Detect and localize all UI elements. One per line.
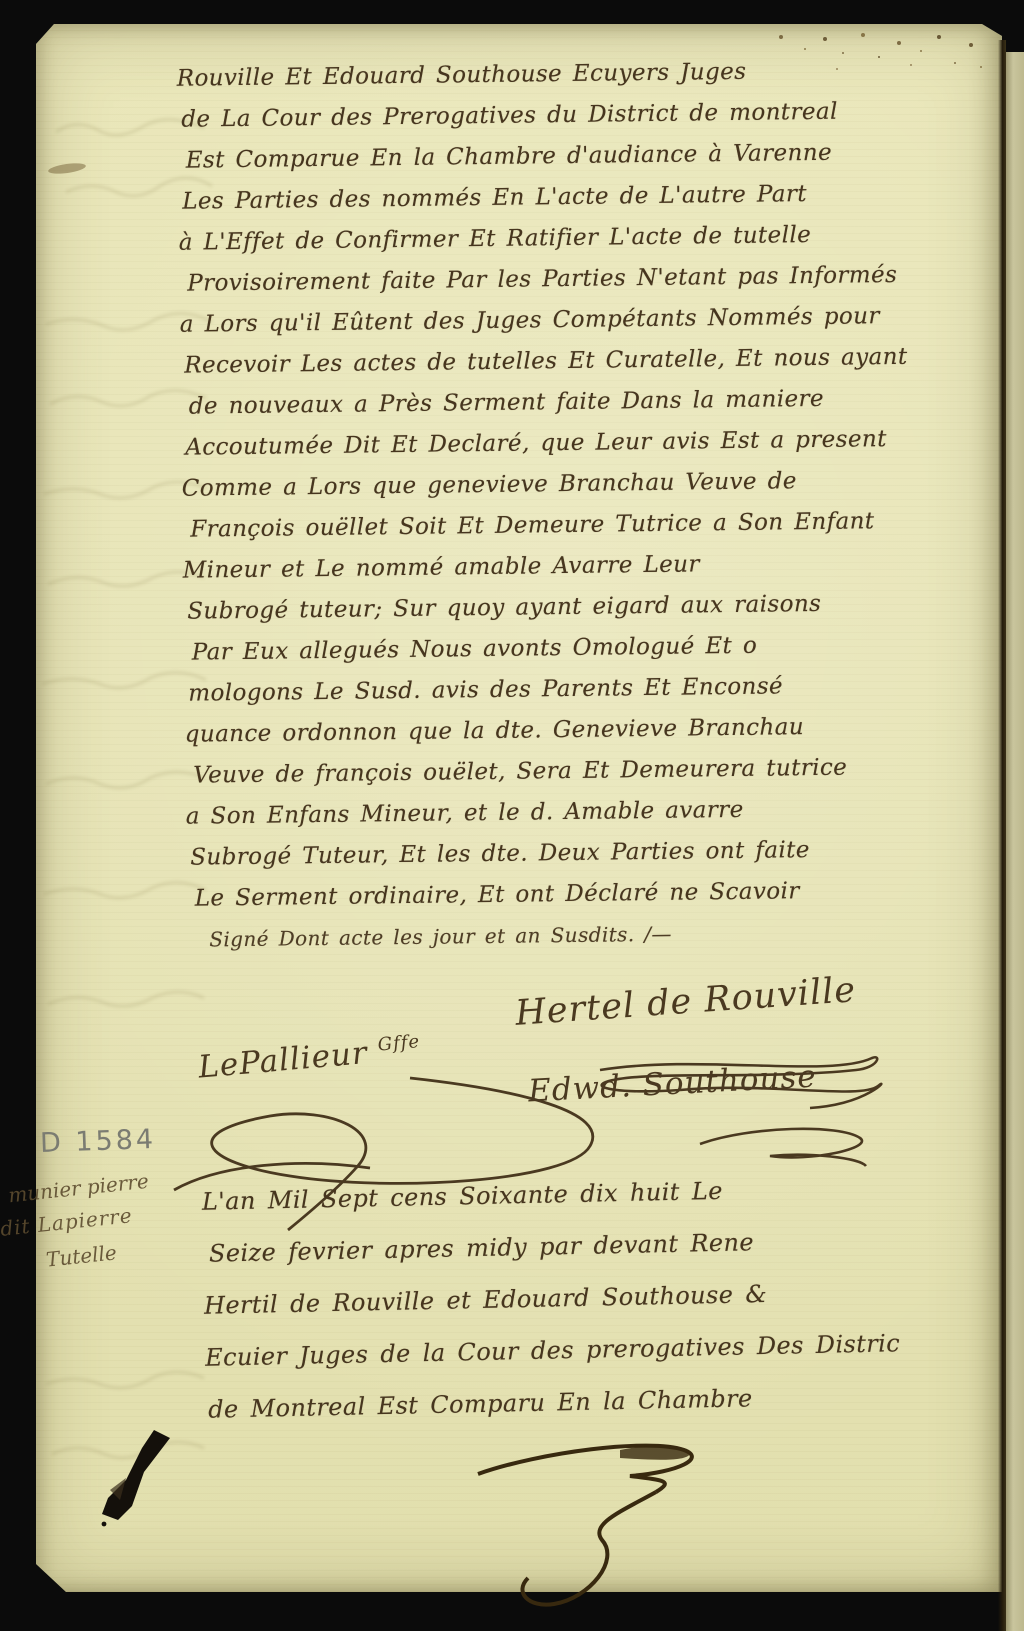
scanned-manuscript-page: { "doc": { "archival_id": "D 1584", "mar… xyxy=(0,0,1024,1631)
act-body-text: Rouville Et Edouard Southouse Ecuyers Ju… xyxy=(177,49,956,960)
ink-spatter xyxy=(36,24,38,26)
adjacent-page-edge xyxy=(1006,52,1024,1631)
closing-paragraph: L'an Mil Sept cens Soixante dix huit Le … xyxy=(201,1160,946,1435)
binding-seam xyxy=(998,40,1006,1631)
archival-number-pencil: D 1584 xyxy=(39,1124,156,1159)
clerk-title-superscript: Gffe xyxy=(377,1031,421,1056)
